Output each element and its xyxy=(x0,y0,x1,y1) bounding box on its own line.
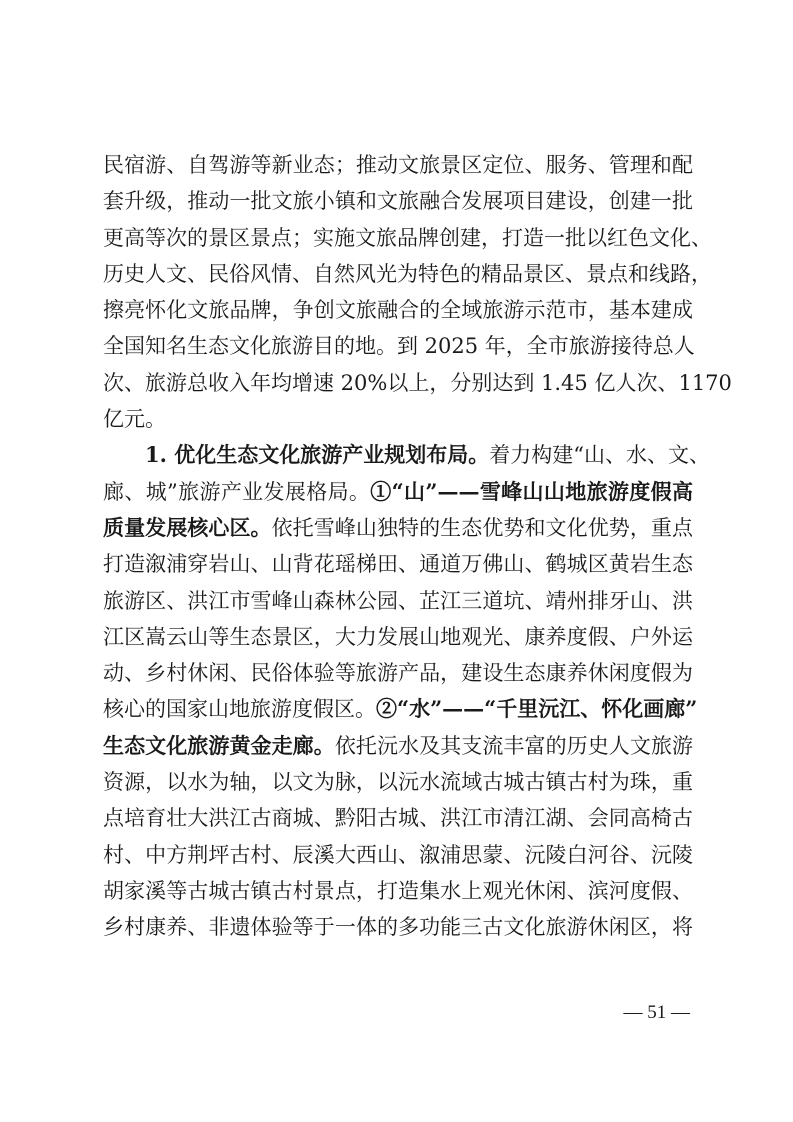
body-text-segment: 着力构建“山、水、文、 xyxy=(489,443,710,467)
text-line: 胡家溪等古城古镇古村景点，打造集水上观光休闲、滨河度假、 xyxy=(103,873,693,909)
text-line: 点培育壮大洪江古商城、黔阳古城、洪江市清江湖、会同高椅古 xyxy=(103,800,693,836)
text-line: 江区嵩云山等生态景区，大力发展山地观光、康养度假、户外运 xyxy=(103,619,693,655)
text-line: 旅游区、洪江市雪峰山森林公园、芷江三道坑、靖州排牙山、洪 xyxy=(103,583,693,619)
body-text-segment: 更高等次的景区景点；实施文旅品牌创建，打造一批以红色文化、 xyxy=(103,226,712,250)
body-text-segment: 亿元。 xyxy=(103,407,166,431)
text-line: 乡村康养、非遗体验等于一体的多功能三古文化旅游休闲区，将 xyxy=(103,909,693,945)
body-text-segment: 胡家溪等古城古镇古村景点，打造集水上观光休闲、滨河度假、 xyxy=(103,879,693,903)
body-text-segment: 次、旅游总收入年均增速 20%以上，分别达到 1.45 亿人次、1170 xyxy=(103,371,732,395)
bold-heading-text: ①“山”——雪峰山山地旅游度假高 xyxy=(370,479,693,504)
bold-heading-text: 生态文化旅游黄金走廊。 xyxy=(103,733,335,758)
body-text-segment: 旅游区、洪江市雪峰山森林公园、芷江三道坑、靖州排牙山、洪 xyxy=(103,589,693,613)
body-text-segment: 打造溆浦穿岩山、山背花瑶梯田、通道万佛山、鹤城区黄岩生态 xyxy=(103,552,693,576)
body-text-segment: 廊、城”旅游产业发展格局。 xyxy=(103,480,370,504)
body-text-segment: 全国知名生态文化旅游目的地。到 2025 年，全市旅游接待总人 xyxy=(103,334,695,358)
body-text-segment: 江区嵩云山等生态景区，大力发展山地观光、康养度假、户外运 xyxy=(103,625,693,649)
text-line: 廊、城”旅游产业发展格局。①“山”——雪峰山山地旅游度假高 xyxy=(103,474,693,510)
bold-heading-text: 质量发展核心区。 xyxy=(103,515,272,540)
body-text-segment: 动、乡村休闲、民俗体验等旅游产品，建设生态康养休闲度假为 xyxy=(103,661,693,685)
text-line: 亿元。 xyxy=(103,401,693,437)
text-line: 动、乡村休闲、民俗体验等旅游产品，建设生态康养休闲度假为 xyxy=(103,655,693,691)
body-text: 民宿游、自驾游等新业态；推动文旅景区定位、服务、管理和配套升级，推动一批文旅小镇… xyxy=(103,147,693,946)
body-text-segment: 乡村康养、非遗体验等于一体的多功能三古文化旅游休闲区，将 xyxy=(103,915,693,939)
text-line: 次、旅游总收入年均增速 20%以上，分别达到 1.45 亿人次、1170 xyxy=(103,365,693,401)
body-text-segment: 依托沅水及其支流丰富的历史人文旅游 xyxy=(335,734,693,758)
text-line: 质量发展核心区。依托雪峰山独特的生态优势和文化优势，重点 xyxy=(103,510,693,546)
text-line: 资源，以水为轴，以文为脉，以沅水流域古城古镇古村为珠，重 xyxy=(103,764,693,800)
body-text-segment: 资源，以水为轴，以文为脉，以沅水流域古城古镇古村为珠，重 xyxy=(103,770,693,794)
page-number: — 51 — xyxy=(624,1002,691,1024)
body-text-segment: 核心的国家山地旅游度假区。 xyxy=(103,697,376,721)
bold-heading-text: ②“水”——“千里沅江、怀化画廊” xyxy=(376,696,697,721)
text-line: 生态文化旅游黄金走廊。依托沅水及其支流丰富的历史人文旅游 xyxy=(103,728,693,764)
body-text-segment: 依托雪峰山独特的生态优势和文化优势，重点 xyxy=(272,516,693,540)
text-line: 全国知名生态文化旅游目的地。到 2025 年，全市旅游接待总人 xyxy=(103,328,693,364)
text-line: 村、中方荆坪古村、辰溪大西山、溆浦思蒙、沅陵白河谷、沅陵 xyxy=(103,837,693,873)
body-text-segment: 历史人文、民俗风情、自然风光为特色的精品景区、景点和线路， xyxy=(103,262,712,286)
text-line: 历史人文、民俗风情、自然风光为特色的精品景区、景点和线路， xyxy=(103,256,693,292)
body-text-segment: 擦亮怀化文旅品牌，争创文旅融合的全域旅游示范市，基本建成 xyxy=(103,298,693,322)
body-text-segment: 村、中方荆坪古村、辰溪大西山、溆浦思蒙、沅陵白河谷、沅陵 xyxy=(103,843,693,867)
body-text-segment: 民宿游、自驾游等新业态；推动文旅景区定位、服务、管理和配 xyxy=(103,153,693,177)
text-line: 套升级，推动一批文旅小镇和文旅融合发展项目建设，创建一批 xyxy=(103,183,693,219)
text-line: 1. 优化生态文化旅游产业规划布局。着力构建“山、水、文、 xyxy=(103,437,693,473)
bold-heading-text: 1. 优化生态文化旅游产业规划布局。 xyxy=(145,442,489,467)
body-text-segment: 套升级，推动一批文旅小镇和文旅融合发展项目建设，创建一批 xyxy=(103,189,693,213)
text-line: 擦亮怀化文旅品牌，争创文旅融合的全域旅游示范市，基本建成 xyxy=(103,292,693,328)
document-page: 民宿游、自驾游等新业态；推动文旅景区定位、服务、管理和配套升级，推动一批文旅小镇… xyxy=(0,0,793,1122)
text-line: 更高等次的景区景点；实施文旅品牌创建，打造一批以红色文化、 xyxy=(103,220,693,256)
text-line: 核心的国家山地旅游度假区。②“水”——“千里沅江、怀化画廊” xyxy=(103,691,693,727)
text-line: 打造溆浦穿岩山、山背花瑶梯田、通道万佛山、鹤城区黄岩生态 xyxy=(103,546,693,582)
body-text-segment: 点培育壮大洪江古商城、黔阳古城、洪江市清江湖、会同高椅古 xyxy=(103,806,693,830)
text-line: 民宿游、自驾游等新业态；推动文旅景区定位、服务、管理和配 xyxy=(103,147,693,183)
